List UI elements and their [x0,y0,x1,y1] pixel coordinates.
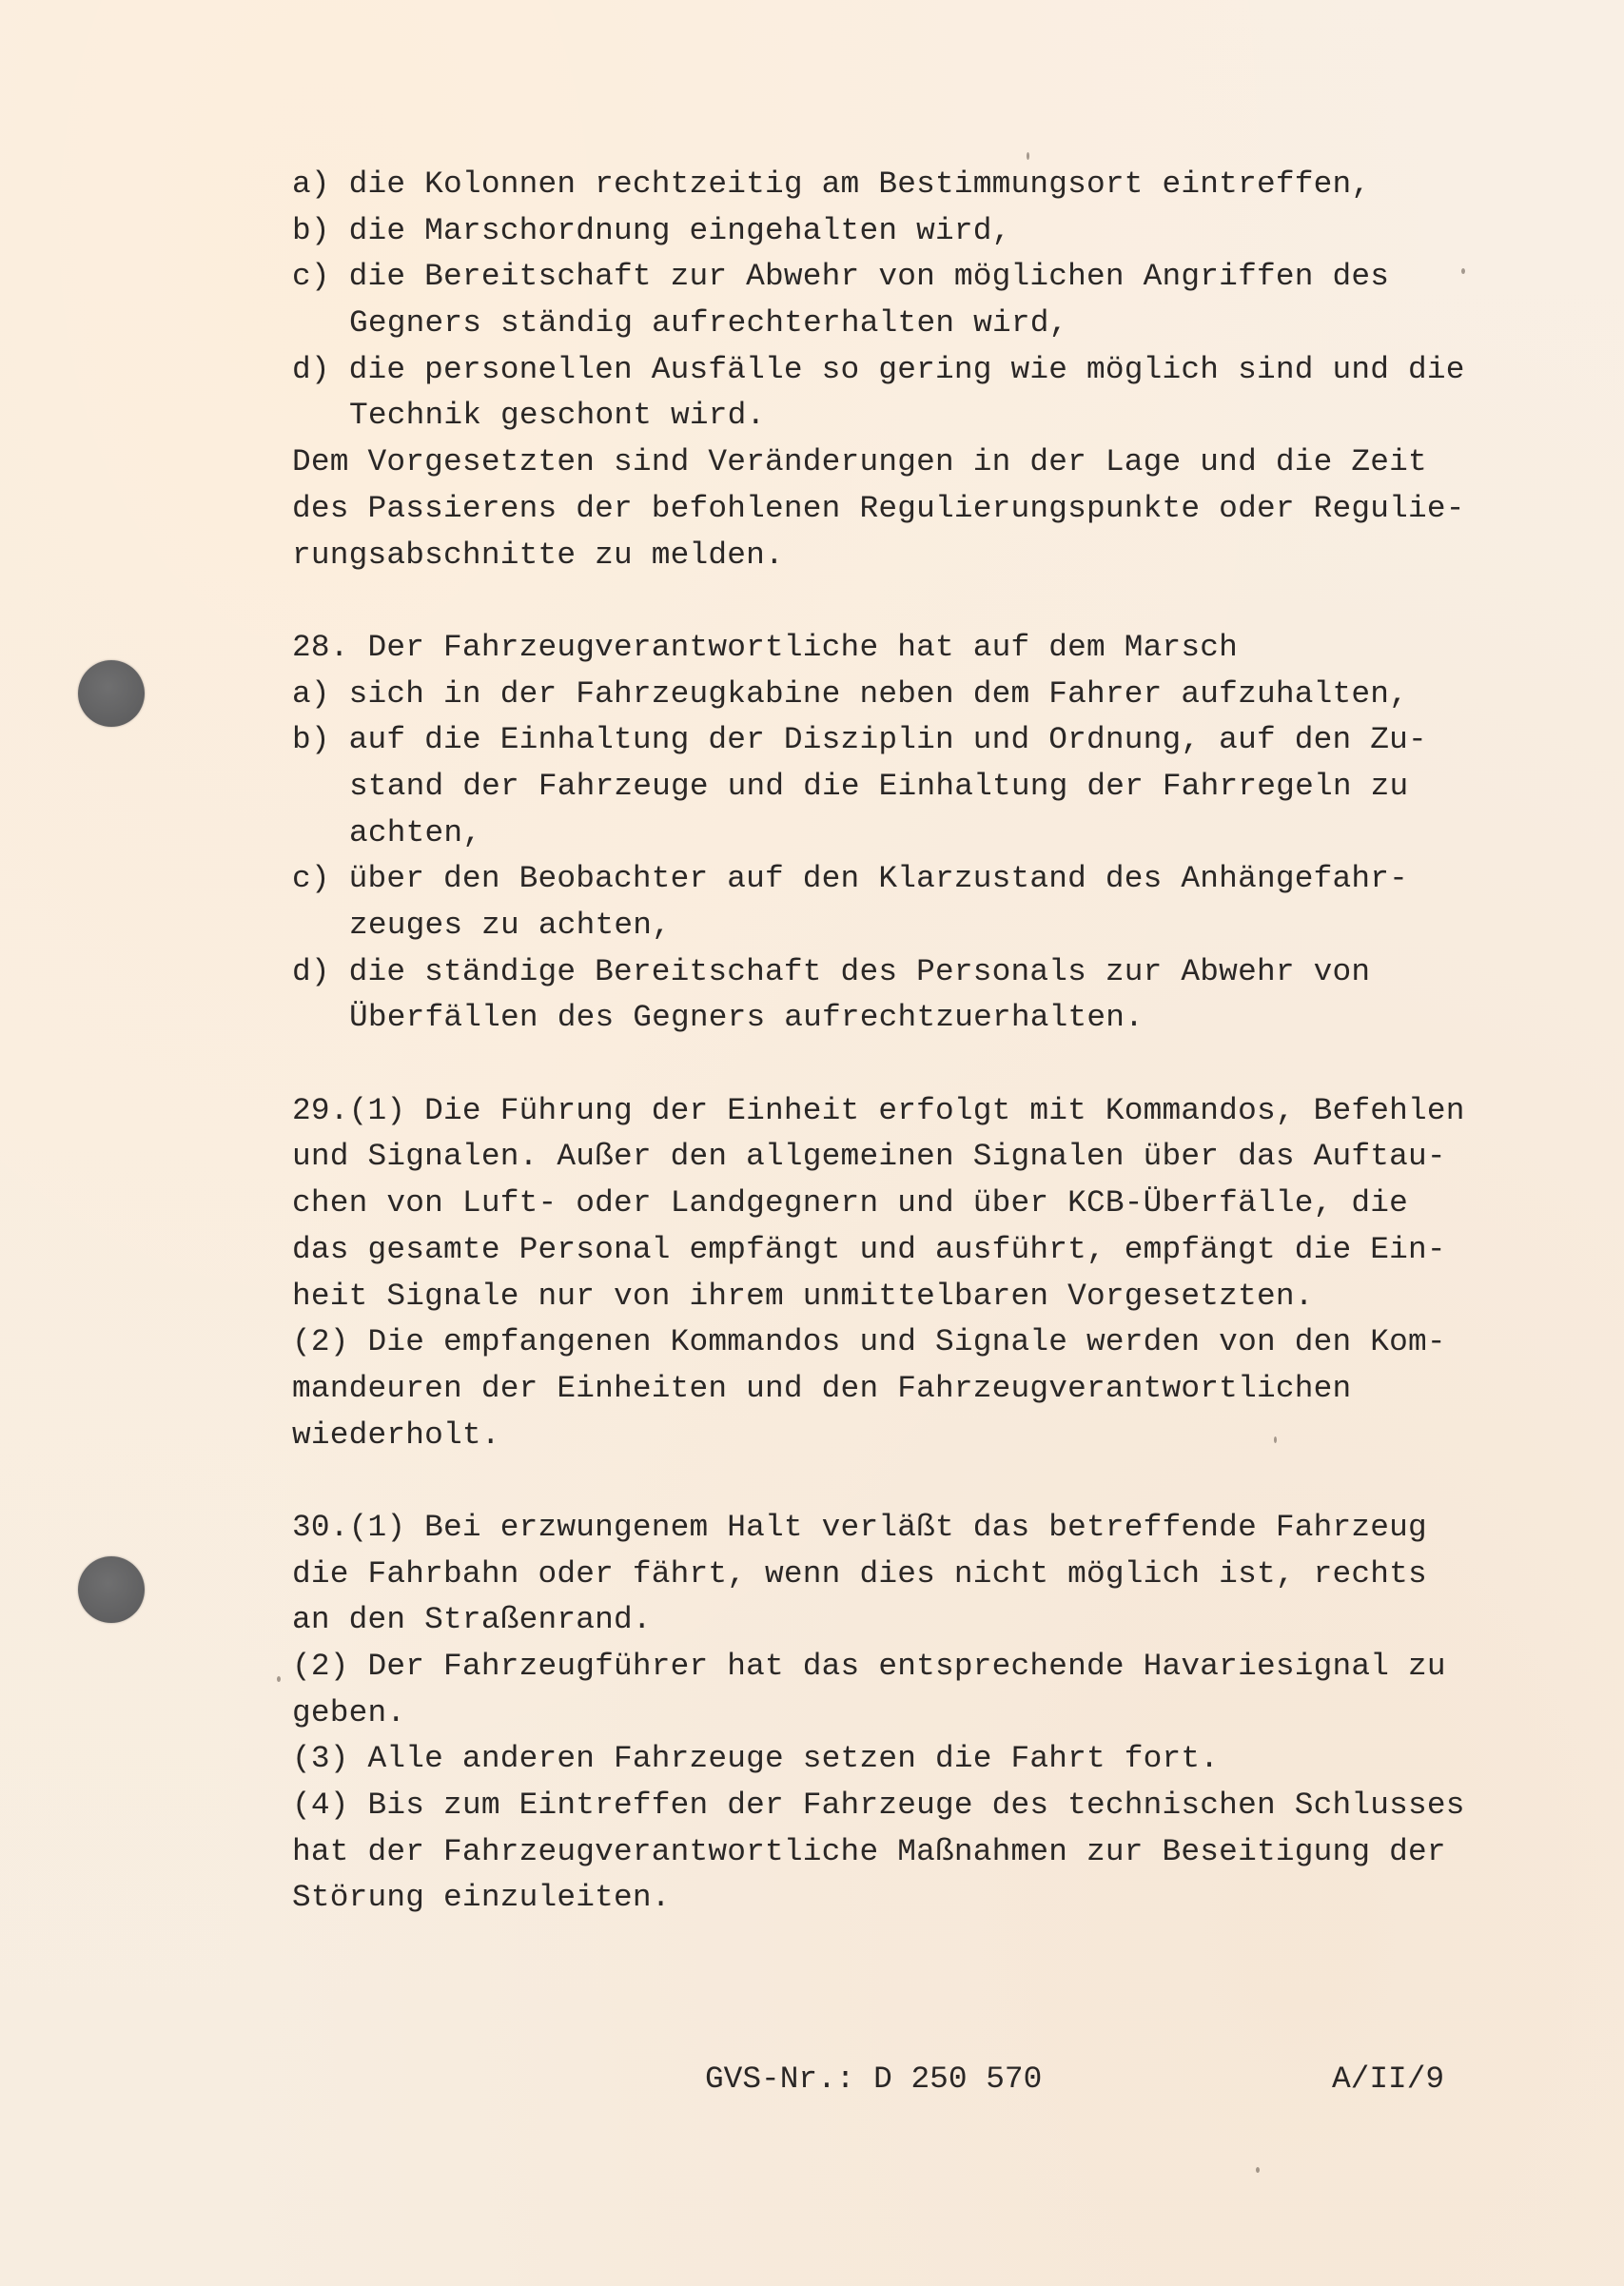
text-line: 28. Der Fahrzeugverantwortliche hat auf … [292,625,1529,672]
text-line: chen von Luft- oder Landgegnern und über… [292,1181,1529,1227]
paper-speck [277,1676,281,1682]
text-line: stand der Fahrzeuge und die Einhaltung d… [292,764,1529,811]
paragraph-spacer [292,1042,1529,1088]
text-line: (2) Der Fahrzeugführer hat das entsprech… [292,1644,1529,1690]
text-line: achten, [292,811,1529,857]
paragraph-p28: 28. Der Fahrzeugverantwortliche hat auf … [292,625,1529,1042]
paragraph-p30: 30.(1) Bei erzwungenem Halt verläßt das … [292,1505,1529,1922]
text-line: an den Straßenrand. [292,1597,1529,1644]
text-line: c) die Bereitschaft zur Abwehr von mögli… [292,254,1529,301]
text-line: Störung einzuleiten. [292,1875,1529,1922]
text-line: b) auf die Einhaltung der Disziplin und … [292,717,1529,764]
text-line: Technik geschont wird. [292,393,1529,440]
text-line: d) die ständige Bereitschaft des Persona… [292,949,1529,996]
paragraph-spacer [292,1458,1529,1505]
paper-speck [1256,2167,1260,2173]
text-line: des Passierens der befohlenen Regulierun… [292,486,1529,533]
text-line: heit Signale nur von ihrem unmittelbaren… [292,1274,1529,1320]
text-line: Gegners ständig aufrechterhalten wird, [292,301,1529,347]
text-line: 30.(1) Bei erzwungenem Halt verläßt das … [292,1505,1529,1552]
text-line: 29.(1) Die Führung der Einheit erfolgt m… [292,1088,1529,1135]
paragraph-p27-cont: a) die Kolonnen rechtzeitig am Bestimmun… [292,162,1529,578]
text-line: b) die Marschordnung eingehalten wird, [292,208,1529,255]
text-line: Überfällen des Gegners aufrechtzuerhalte… [292,995,1529,1042]
text-line: das gesamte Personal empfängt und ausfüh… [292,1227,1529,1274]
punch-hole-bottom [78,1556,145,1623]
text-line: (3) Alle anderen Fahrzeuge setzen die Fa… [292,1736,1529,1783]
punch-hole-top [78,660,145,727]
text-line: (4) Bis zum Eintreffen der Fahrzeuge des… [292,1783,1529,1829]
paragraph-spacer [292,578,1529,625]
document-body: a) die Kolonnen rechtzeitig am Bestimmun… [292,162,1529,1922]
text-line: zeuges zu achten, [292,903,1529,949]
text-line: hat der Fahrzeugverantwortliche Maßnahme… [292,1829,1529,1876]
text-line: a) sich in der Fahrzeugkabine neben dem … [292,672,1529,718]
text-line: die Fahrbahn oder fährt, wenn dies nicht… [292,1552,1529,1598]
text-line: c) über den Beobachter auf den Klarzusta… [292,856,1529,903]
text-line: Dem Vorgesetzten sind Veränderungen in d… [292,440,1529,486]
document-number: GVS-Nr.: D 250 570 [705,2057,1042,2103]
text-line: (2) Die empfangenen Kommandos und Signal… [292,1319,1529,1366]
text-line: rungsabschnitte zu melden. [292,533,1529,579]
page-number: A/II/9 [1332,2057,1444,2103]
paper-speck [1027,152,1029,160]
text-line: d) die personellen Ausfälle so gering wi… [292,347,1529,394]
text-line: geben. [292,1690,1529,1737]
text-line: a) die Kolonnen rechtzeitig am Bestimmun… [292,162,1529,208]
text-line: wiederholt. [292,1413,1529,1459]
text-line: und Signalen. Außer den allgemeinen Sign… [292,1134,1529,1181]
paragraph-p29: 29.(1) Die Führung der Einheit erfolgt m… [292,1088,1529,1459]
text-line: mandeuren der Einheiten und den Fahrzeug… [292,1366,1529,1413]
